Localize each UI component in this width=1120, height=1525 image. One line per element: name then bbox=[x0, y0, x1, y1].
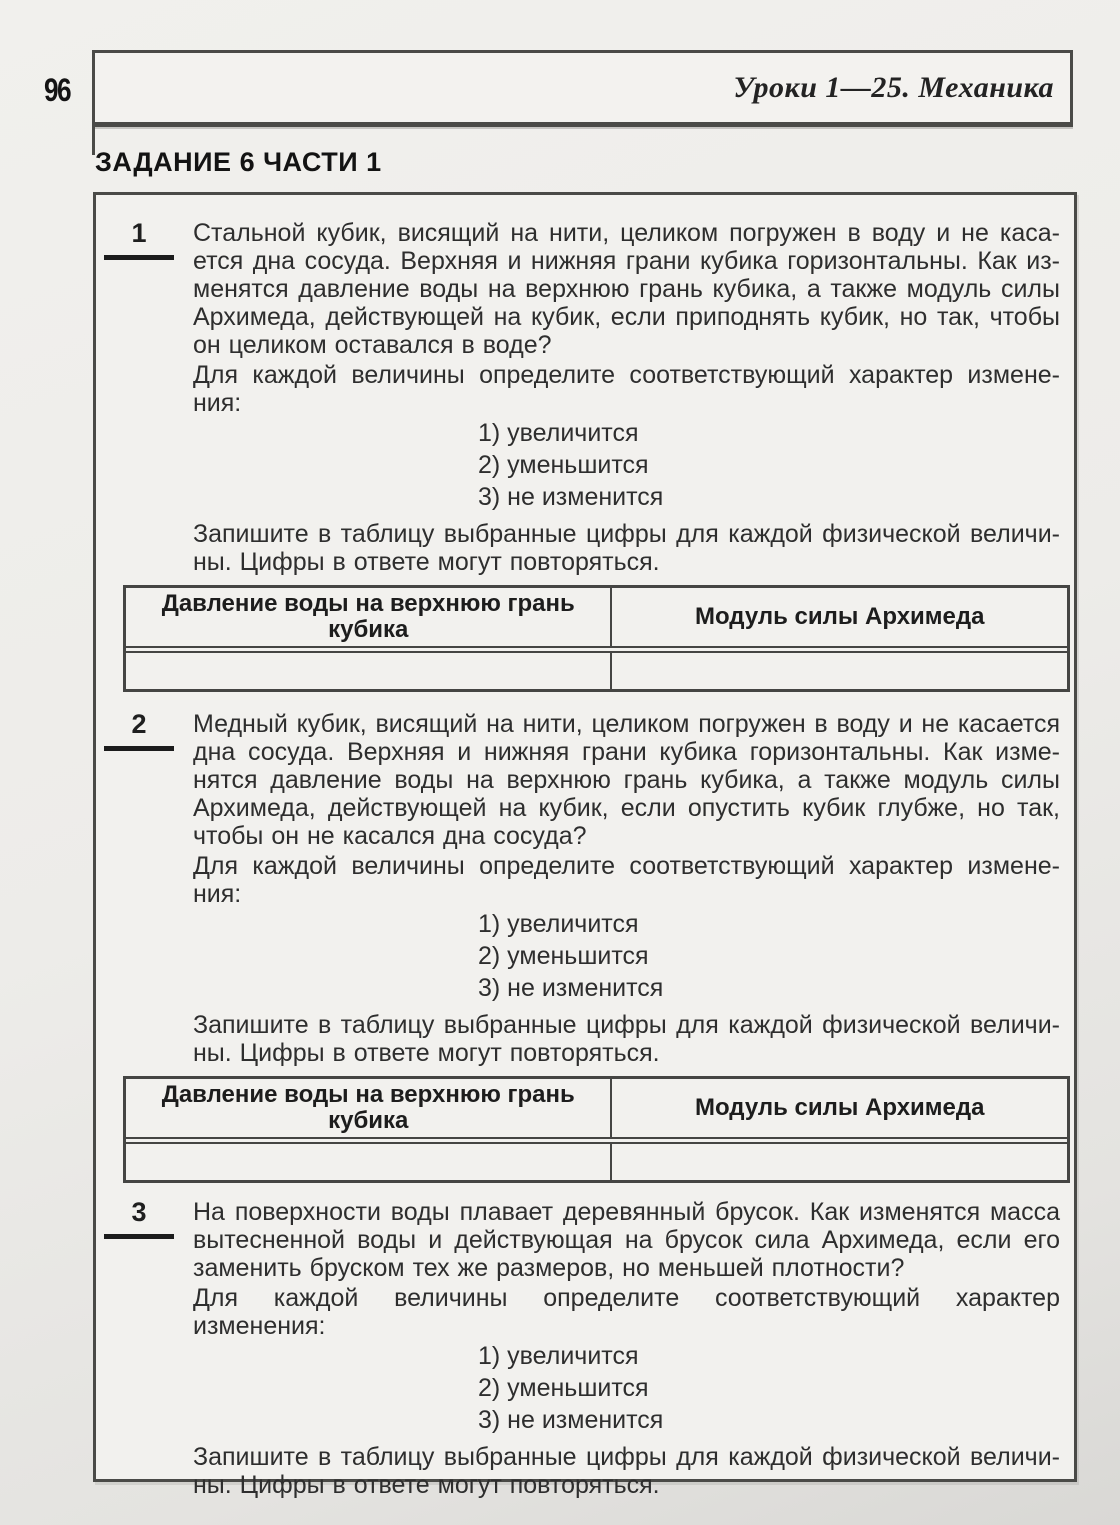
header-pressure-line: Давление воды на верхнюю грань bbox=[162, 1082, 575, 1108]
instruction-line: Запишите в таблицу выбранные цифры для к… bbox=[193, 520, 1060, 548]
option-increase: 1) увеличится bbox=[478, 419, 1060, 447]
problem-1-write-instruction: Запишите в таблицу выбранные цифры для к… bbox=[193, 520, 1060, 576]
problem-2-answer-table: Давление воды на верхнюю грань кубика Мо… bbox=[123, 1076, 1070, 1183]
problem-2-statement: Медный кубик, висящий на нити, целиком п… bbox=[193, 710, 1060, 850]
prompt-line: ния: bbox=[193, 389, 1060, 417]
problem-1-number: 1 bbox=[96, 219, 182, 247]
problem-1-marker: 1 bbox=[96, 219, 193, 260]
problem-1-statement: Стальной кубик, висящий на нити, целиком… bbox=[193, 219, 1060, 359]
problem-2: 2 Медный кубик, висящий на нити, целиком… bbox=[96, 710, 1074, 1183]
problem-2-text: Медный кубик, висящий на нити, целиком п… bbox=[193, 710, 1060, 1183]
statement-line: он целиком оставался в воде? bbox=[193, 331, 1060, 359]
header-pressure-column: Давление воды на верхнюю грань кубика bbox=[126, 1079, 612, 1137]
header-pressure-line: кубика bbox=[328, 617, 408, 643]
header-pressure-line: кубика bbox=[328, 1108, 408, 1134]
problem-1-options: 1) увеличится 2) уменьшится 3) не измени… bbox=[193, 419, 1060, 511]
option-decrease: 2) уменьшится bbox=[478, 942, 1060, 970]
answer-cell-pressure bbox=[126, 653, 612, 689]
page-number: 96 bbox=[44, 72, 70, 109]
problem-2-prompt: Для каждой величины определите соответст… bbox=[193, 852, 1060, 908]
running-header-title: Уроки 1—25. Механика bbox=[733, 71, 1054, 105]
prompt-line: Для каждой величины определите соответст… bbox=[193, 361, 1060, 389]
instruction-line: Запишите в таблицу выбранные цифры для к… bbox=[193, 1443, 1060, 1471]
option-no-change: 3) не изменится bbox=[478, 974, 1060, 1002]
tasks-box: 1 Стальной кубик, висящий на нити, целик… bbox=[93, 192, 1077, 1482]
option-decrease: 2) уменьшится bbox=[478, 1374, 1060, 1402]
problem-3-options: 1) увеличится 2) уменьшится 3) не измени… bbox=[193, 1342, 1060, 1434]
instruction-line: ны. Цифры в ответе могут повторяться. bbox=[193, 1471, 1060, 1499]
statement-line: менятся давление воды на верхнюю грань к… bbox=[193, 275, 1060, 303]
problem-2-options: 1) увеличится 2) уменьшится 3) не измени… bbox=[193, 910, 1060, 1002]
answer-table-answer-row bbox=[126, 653, 1067, 689]
problem-3-statement: На поверхности воды плавает деревянный б… bbox=[193, 1198, 1060, 1282]
problem-2-marker-rule bbox=[104, 746, 174, 751]
problem-2-number: 2 bbox=[96, 710, 182, 738]
header-archimedes-column: Модуль силы Архимеда bbox=[612, 1079, 1067, 1137]
answer-table-header-row: Давление воды на верхнюю грань кубика Мо… bbox=[126, 588, 1067, 653]
problem-3-marker-rule bbox=[104, 1234, 174, 1239]
instruction-line: ны. Цифры в ответе могут повторяться. bbox=[193, 1039, 1060, 1067]
statement-line: ется дна сосуда. Верхняя и нижняя грани … bbox=[193, 247, 1060, 275]
statement-line: На поверхности воды плавает деревянный б… bbox=[193, 1198, 1060, 1226]
answer-cell-pressure bbox=[126, 1144, 612, 1180]
problem-3-prompt: Для каждой величины определите соответст… bbox=[193, 1284, 1060, 1340]
header-pressure-line: Давление воды на верхнюю грань bbox=[162, 591, 575, 617]
answer-table-header-row: Давление воды на верхнюю грань кубика Мо… bbox=[126, 1079, 1067, 1144]
problem-1-prompt: Для каждой величины определите соответст… bbox=[193, 361, 1060, 417]
problem-3-number: 3 bbox=[96, 1198, 182, 1226]
running-header: Уроки 1—25. Механика bbox=[92, 50, 1073, 127]
scanned-workbook-page: 96 Уроки 1—25. Механика ЗАДАНИЕ 6 ЧАСТИ … bbox=[0, 0, 1120, 1525]
problem-1-answer-table: Давление воды на верхнюю грань кубика Мо… bbox=[123, 585, 1070, 692]
header-pressure-column: Давление воды на верхнюю грань кубика bbox=[126, 588, 612, 646]
problem-1-marker-rule bbox=[104, 255, 174, 260]
problem-2-write-instruction: Запишите в таблицу выбранные цифры для к… bbox=[193, 1011, 1060, 1067]
statement-line: заменить бруском тех же размеров, но мен… bbox=[193, 1254, 1060, 1282]
problem-1-text: Стальной кубик, висящий на нити, целиком… bbox=[193, 219, 1060, 692]
problem-3-text: На поверхности воды плавает деревянный б… bbox=[193, 1198, 1060, 1499]
header-archimedes-label: Модуль силы Архимеда bbox=[695, 1095, 985, 1121]
problem-1: 1 Стальной кубик, висящий на нити, целик… bbox=[96, 219, 1074, 692]
statement-line: Архимеда, действующей на кубик, если опу… bbox=[193, 794, 1060, 822]
header-archimedes-column: Модуль силы Архимеда bbox=[612, 588, 1067, 646]
instruction-line: ны. Цифры в ответе могут повторяться. bbox=[193, 548, 1060, 576]
option-no-change: 3) не изменится bbox=[478, 1406, 1060, 1434]
answer-cell-archimedes bbox=[612, 1144, 1067, 1180]
option-no-change: 3) не изменится bbox=[478, 483, 1060, 511]
problem-3-marker: 3 bbox=[96, 1198, 193, 1239]
answer-cell-archimedes bbox=[612, 653, 1067, 689]
header-archimedes-label: Модуль силы Архимеда bbox=[695, 604, 985, 630]
statement-line: Стальной кубик, висящий на нити, целиком… bbox=[193, 219, 1060, 247]
statement-line: Архимеда, действующей на кубик, если при… bbox=[193, 303, 1060, 331]
option-decrease: 2) уменьшится bbox=[478, 451, 1060, 479]
option-increase: 1) увеличится bbox=[478, 910, 1060, 938]
statement-line: дна сосуда. Верхняя и нижняя грани кубик… bbox=[193, 738, 1060, 766]
prompt-line: Для каждой величины определите соответст… bbox=[193, 852, 1060, 880]
statement-line: вытесненной воды и действующая на брусок… bbox=[193, 1226, 1060, 1254]
statement-line: чтобы он не касался дна сосуда? bbox=[193, 822, 1060, 850]
statement-line: нятся давление воды на верхнюю грань куб… bbox=[193, 766, 1060, 794]
section-title: ЗАДАНИЕ 6 ЧАСТИ 1 bbox=[95, 147, 382, 178]
prompt-line: Для каждой величины определите соответст… bbox=[193, 1284, 1060, 1340]
problem-3: 3 На поверхности воды плавает деревянный… bbox=[96, 1198, 1074, 1499]
problem-3-write-instruction: Запишите в таблицу выбранные цифры для к… bbox=[193, 1443, 1060, 1499]
answer-table-answer-row bbox=[126, 1144, 1067, 1180]
option-increase: 1) увеличится bbox=[478, 1342, 1060, 1370]
statement-line: Медный кубик, висящий на нити, целиком п… bbox=[193, 710, 1060, 738]
problem-2-marker: 2 bbox=[96, 710, 193, 751]
prompt-line: ния: bbox=[193, 880, 1060, 908]
instruction-line: Запишите в таблицу выбранные цифры для к… bbox=[193, 1011, 1060, 1039]
